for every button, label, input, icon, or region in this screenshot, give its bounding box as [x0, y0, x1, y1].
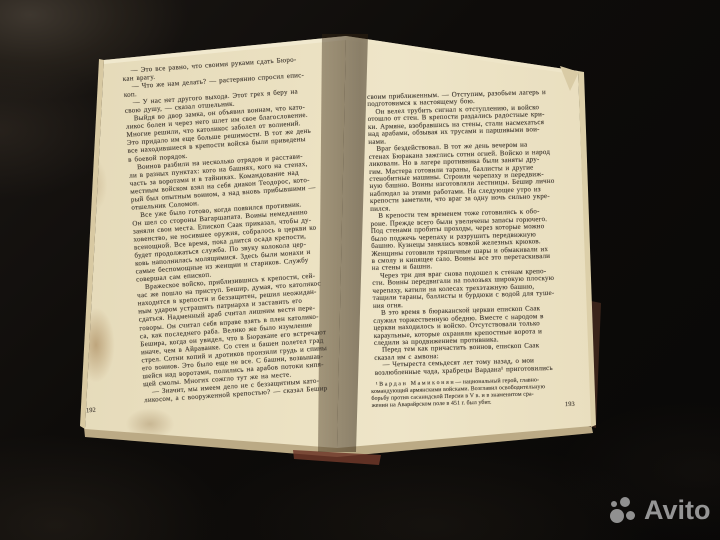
avito-watermark: Avito — [610, 496, 711, 524]
avito-logo-circle — [610, 509, 624, 523]
avito-logo-circle — [611, 501, 617, 507]
book-photo: — Это все равно, что своими руками сдать… — [0, 0, 720, 540]
right-page-text: своим приближенным. — Отступим, разобьем… — [367, 88, 585, 377]
avito-logo-icon — [610, 496, 637, 524]
avito-logo-circle — [626, 511, 635, 520]
right-page-footnote: ¹ В а р д а н М а м и к о н я н — национ… — [371, 376, 576, 409]
avito-wordmark-text: Avito — [644, 497, 711, 524]
left-page-number: 192 — [86, 407, 96, 415]
avito-logo-circle — [620, 497, 630, 507]
right-page-number: 193 — [565, 401, 575, 408]
left-page-text: — Это все равно, что своими руками сдать… — [122, 53, 362, 405]
